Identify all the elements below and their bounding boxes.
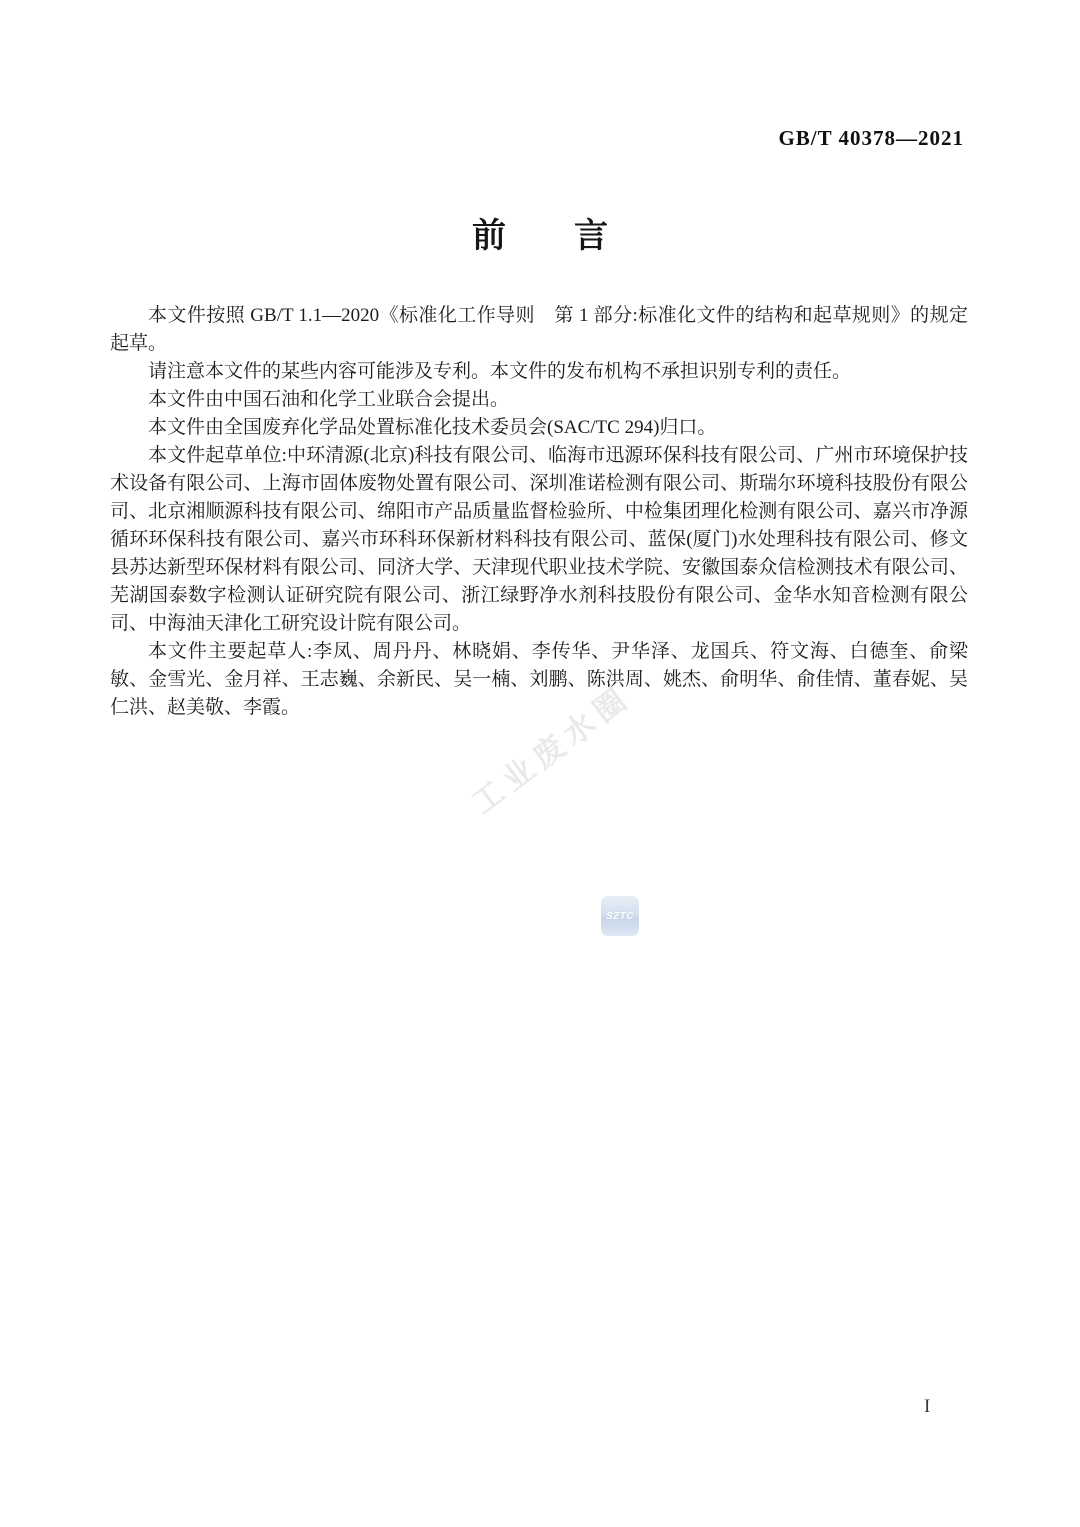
page-number: I [924, 1396, 930, 1418]
sztc-logo: SZTC [601, 896, 639, 936]
foreword-paragraph-patent-notice: 请注意本文件的某些内容可能涉及专利。本文件的发布机构不承担识别专利的责任。 [110, 358, 968, 386]
foreword-paragraph-drafting-basis: 本文件按照 GB/T 1.1—2020《标准化工作导则 第 1 部分:标准化文件… [110, 302, 968, 358]
page-title: 前 言 [0, 208, 1080, 257]
foreword-paragraph-proposed-by: 本文件由中国石油和化学工业联合会提出。 [110, 386, 968, 414]
foreword-body: 本文件按照 GB/T 1.1—2020《标准化工作导则 第 1 部分:标准化文件… [110, 302, 968, 722]
sztc-logo-text: SZTC [606, 911, 634, 922]
foreword-paragraph-centralized-by: 本文件由全国废弃化学品处置标准化技术委员会(SAC/TC 294)归口。 [110, 414, 968, 442]
document-page: GB/T 40378—2021 前 言 本文件按照 GB/T 1.1—2020《… [0, 0, 1080, 1527]
foreword-paragraph-main-drafters: 本文件主要起草人:李凤、周丹丹、林晓娟、李传华、尹华泽、龙国兵、符文海、白德奎、… [110, 638, 968, 722]
standard-number: GB/T 40378—2021 [778, 126, 964, 151]
foreword-paragraph-drafting-organizations: 本文件起草单位:中环清源(北京)科技有限公司、临海市迅源环保科技有限公司、广州市… [110, 442, 968, 638]
